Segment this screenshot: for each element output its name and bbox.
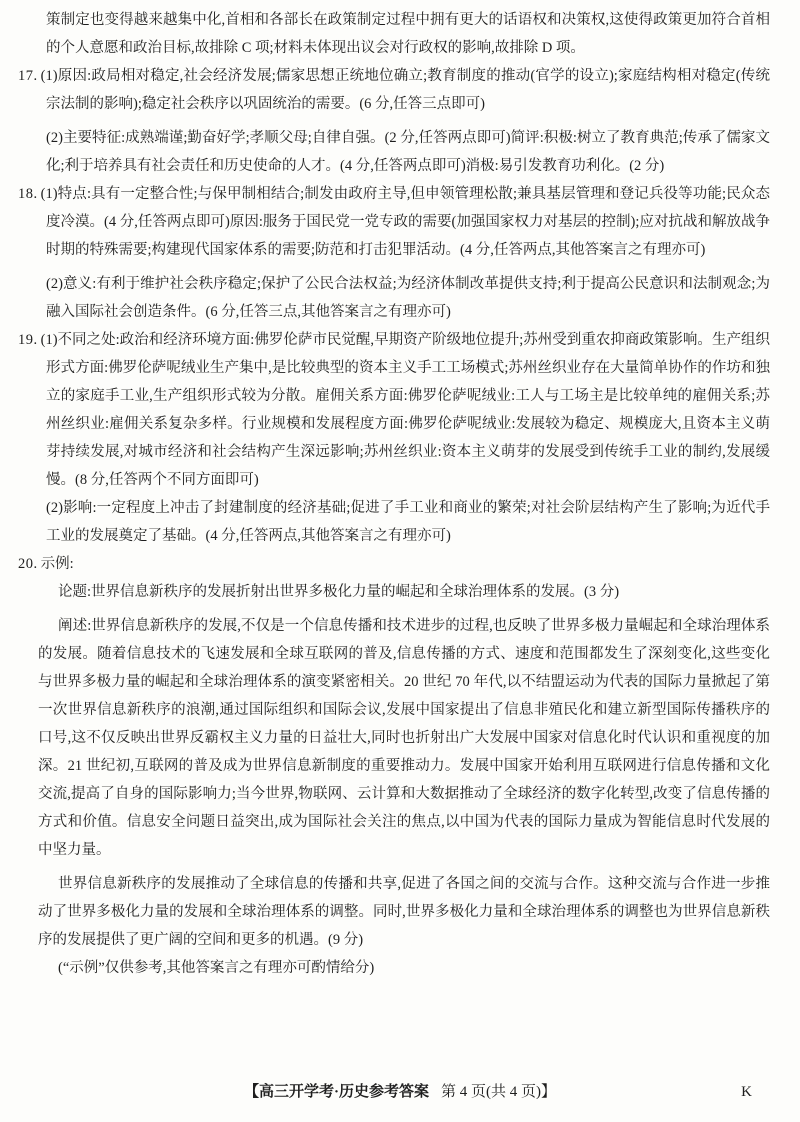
question-17-answer: 17.(1)原因:政局相对稳定,社会经济发展;儒家思想正统地位确立;教育制度的推… bbox=[18, 62, 770, 180]
question-17-part-2: (2)主要特征:成熟端谨;勤奋好学;孝顺父母;自律自强。(2 分,任答两点即可)… bbox=[46, 124, 770, 180]
question-20-header-row: 20.示例: bbox=[46, 550, 770, 578]
question-20-conclusion: 世界信息新秩序的发展推动了全球信息的传播和共享,促进了各国之间的交流与合作。这种… bbox=[38, 870, 770, 954]
footer-exam-title: 【高三开学考·历史参考答案 bbox=[244, 1084, 429, 1100]
question-18-part-1: (1)特点:具有一定整合性;与保甲制相结合;制发由政府主导,但申领管理松散;兼具… bbox=[41, 186, 770, 258]
page-footer: 【高三开学考·历史参考答案第 4 页(共 4 页)】 K bbox=[0, 1078, 800, 1106]
footer-version-mark: K bbox=[741, 1078, 752, 1106]
question-20-answer: 20.示例: 论题:世界信息新秩序的发展折射出世界多极化力量的崛起和全球治理体系… bbox=[18, 550, 770, 982]
footer-page-indicator: 第 4 页(共 4 页)】 bbox=[441, 1084, 556, 1100]
question-19-part-1-row: 19.(1)不同之处:政治和经济环境方面:佛罗伦萨市民觉醒,早期资产阶级地位提升… bbox=[46, 326, 770, 494]
question-20-example-label: 示例: bbox=[41, 556, 74, 572]
question-20-thesis: 论题:世界信息新秩序的发展折射出世界多极化力量的崛起和全球治理体系的发展。(3 … bbox=[38, 578, 770, 606]
question-17-number: 17. bbox=[18, 68, 41, 84]
question-18-number: 18. bbox=[18, 186, 41, 202]
question-20-exposition: 阐述:世界信息新秩序的发展,不仅是一个信息传播和技术进步的过程,也反映了世界多极… bbox=[38, 612, 770, 864]
continuation-paragraph: 策制定也变得越来越集中化,首相和各部长在政策制定过程中拥有更大的话语权和决策权,… bbox=[18, 6, 770, 62]
question-18-answer: 18.(1)特点:具有一定整合性;与保甲制相结合;制发由政府主导,但申领管理松散… bbox=[18, 180, 770, 326]
question-17-part-1: (1)原因:政局相对稳定,社会经济发展;儒家思想正统地位确立;教育制度的推动(官… bbox=[41, 68, 770, 112]
question-20-grading-note: (“示例”仅供参考,其他答案言之有理亦可酌情给分) bbox=[38, 954, 770, 982]
question-19-part-2: (2)影响:一定程度上冲击了封建制度的经济基础;促进了手工业和商业的繁荣;对社会… bbox=[46, 494, 770, 550]
footer-caption: 【高三开学考·历史参考答案第 4 页(共 4 页)】 bbox=[0, 1078, 800, 1106]
document-page: 策制定也变得越来越集中化,首相和各部长在政策制定过程中拥有更大的话语权和决策权,… bbox=[0, 0, 800, 982]
question-18-part-2: (2)意义:有利于维护社会秩序稳定;保护了公民合法权益;为经济体制改革提供支持;… bbox=[46, 270, 770, 326]
question-19-answer: 19.(1)不同之处:政治和经济环境方面:佛罗伦萨市民觉醒,早期资产阶级地位提升… bbox=[18, 326, 770, 550]
question-20-number: 20. bbox=[18, 556, 41, 572]
question-17-part-1-row: 17.(1)原因:政局相对稳定,社会经济发展;儒家思想正统地位确立;教育制度的推… bbox=[46, 62, 770, 118]
question-18-part-1-row: 18.(1)特点:具有一定整合性;与保甲制相结合;制发由政府主导,但申领管理松散… bbox=[46, 180, 770, 264]
question-19-number: 19. bbox=[18, 332, 41, 348]
question-19-part-1: (1)不同之处:政治和经济环境方面:佛罗伦萨市民觉醒,早期资产阶级地位提升;苏州… bbox=[41, 332, 770, 488]
